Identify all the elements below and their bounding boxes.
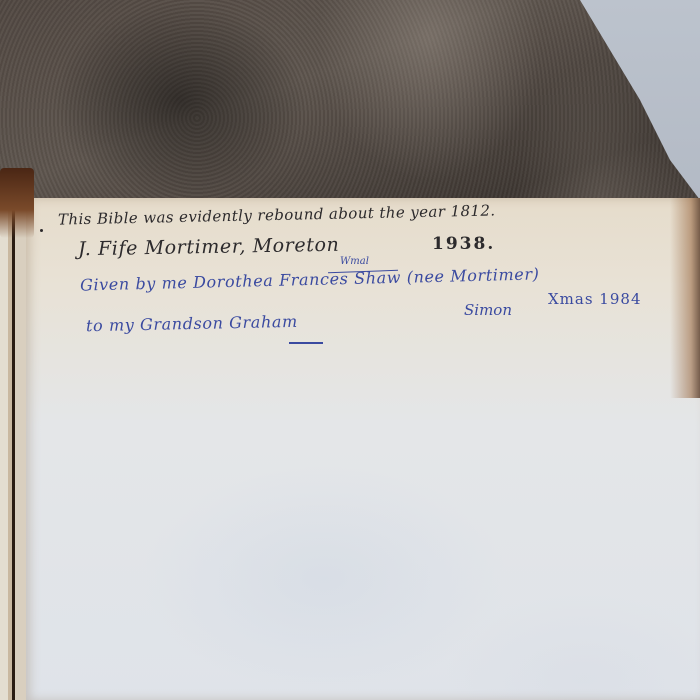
inscription-insert-note: Wmal xyxy=(340,256,369,267)
inscription-owner-year: 1938. xyxy=(432,234,495,254)
inscription-signer: Simon xyxy=(464,301,512,319)
ink-dot xyxy=(40,229,43,232)
page-edge-stain-left xyxy=(0,168,34,238)
inscription-line-owner: J. Fife Mortimer, Moreton xyxy=(78,234,340,261)
recipient-underline xyxy=(289,342,323,344)
inscription-date: Xmas 1984 xyxy=(548,290,642,308)
book-spine-edge xyxy=(0,180,26,700)
page-edge-stain-right xyxy=(670,198,700,398)
photo-scene: This Bible was evidently rebound about t… xyxy=(0,0,700,700)
